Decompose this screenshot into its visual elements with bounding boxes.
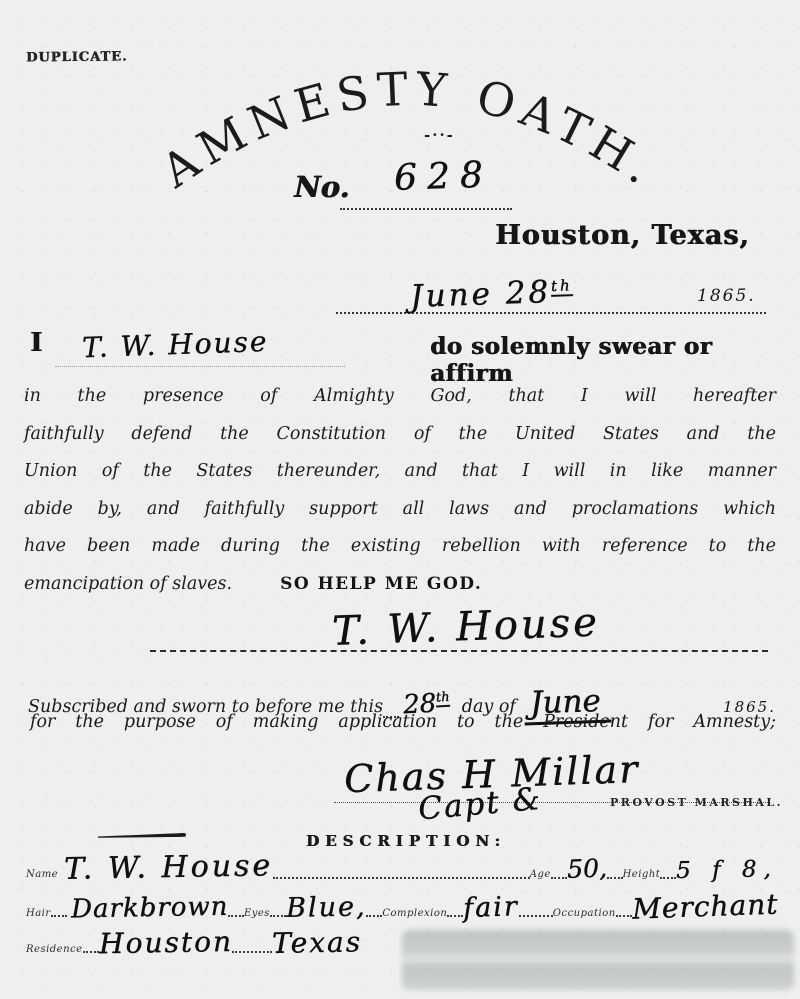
- oath-body-line-6: emancipation of slaves. SO HELP ME GOD.: [24, 566, 776, 604]
- row1-leader-4: [660, 877, 676, 879]
- number-label: No.: [294, 170, 349, 204]
- row1-leader-3: [607, 877, 623, 879]
- oath-body-line-4: abide by, and faithfully support all law…: [24, 491, 776, 529]
- residence-city-value: Houston: [98, 925, 232, 960]
- oath-number-handwritten: 628: [393, 154, 493, 198]
- so-help-me-god-text: SO HELP ME GOD.: [280, 566, 482, 604]
- eyes-value: Blue,: [286, 891, 367, 923]
- oath-body-line-1: in the presence of Almighty God, that I …: [24, 378, 776, 416]
- oath-body-paragraph: in the presence of Almighty God, that I …: [24, 378, 776, 603]
- row2-leader-6: [519, 915, 553, 917]
- oath-body-line-6-text: emancipation of slaves.: [24, 566, 232, 604]
- oath-body-line-3: Union of the States thereunder, and that…: [24, 453, 776, 491]
- name-value: T. W. House: [64, 848, 274, 887]
- number-rule-line: [340, 208, 512, 210]
- age-label: Age: [530, 869, 551, 880]
- oath-body-line-2: faithfully defend the Constitution of th…: [24, 416, 776, 454]
- oath-name-handwritten: T. W. House: [81, 325, 268, 364]
- row2-leader-7: [616, 915, 632, 917]
- residence-state-value: Texas: [272, 925, 362, 960]
- complexion-value: fair: [463, 891, 520, 924]
- provost-marshal-title: PROVOST MARSHAL.: [610, 796, 783, 809]
- date-handwritten: June 28th: [409, 273, 573, 315]
- title-ornament: -··-: [424, 126, 455, 144]
- row3-leader-2: [232, 951, 272, 953]
- residence-label: Residence: [26, 944, 83, 955]
- complexion-label: Complexion: [382, 908, 447, 919]
- hair-value: Darkbrown: [70, 892, 228, 925]
- ink-dash-mark: [98, 833, 186, 839]
- description-row-1: Name T. W. House Age 50, Height 5 f 8,: [26, 850, 778, 885]
- name-label: Name: [26, 869, 58, 880]
- row2-leader-2: [228, 915, 244, 917]
- date-ordinal-suffix: th: [550, 276, 572, 297]
- row2-leader-1: [51, 915, 67, 917]
- amnesty-oath-document: DUPLICATE. AMNESTY OATH. -··- No. 628 Ho…: [0, 0, 800, 999]
- row2-leader-3: [270, 915, 286, 917]
- oath-pronoun: I: [30, 328, 42, 358]
- oath-body-line-5: have been made during the existing rebel…: [24, 528, 776, 566]
- height-value: 5 f 8,: [676, 856, 778, 884]
- eyes-label: Eyes: [244, 908, 270, 919]
- date-year-printed: 1865.: [697, 286, 756, 306]
- hair-label: Hair: [26, 908, 51, 919]
- row2-leader-4: [366, 915, 382, 917]
- row3-leader-1: [83, 951, 99, 953]
- description-row-2: Hair Darkbrown Eyes Blue, Complexion fai…: [26, 890, 778, 923]
- date-rule-line: [336, 312, 766, 314]
- age-value: 50,: [566, 853, 607, 883]
- row1-leader-2: [551, 877, 567, 879]
- place-line: Houston, Texas,: [495, 220, 750, 251]
- attestation-line-2: for the purpose of making application to…: [30, 712, 776, 732]
- attestation-day-suffix: th: [435, 690, 449, 708]
- signature-rule-line: [150, 650, 768, 652]
- row2-leader-5: [447, 915, 463, 917]
- date-day: June 28: [409, 274, 551, 315]
- scan-smudge-artifact: [402, 930, 794, 990]
- occupation-value: Merchant: [631, 887, 778, 925]
- height-label: Height: [623, 869, 661, 880]
- description-heading: DESCRIPTION:: [306, 832, 506, 850]
- oath-name-rule-line: [55, 366, 345, 367]
- oath-taker-signature: T. W. House: [331, 599, 600, 654]
- row1-leader-1: [273, 877, 530, 879]
- description-row-3: Residence Houston Texas: [26, 926, 446, 959]
- occupation-label: Occupation: [553, 908, 616, 919]
